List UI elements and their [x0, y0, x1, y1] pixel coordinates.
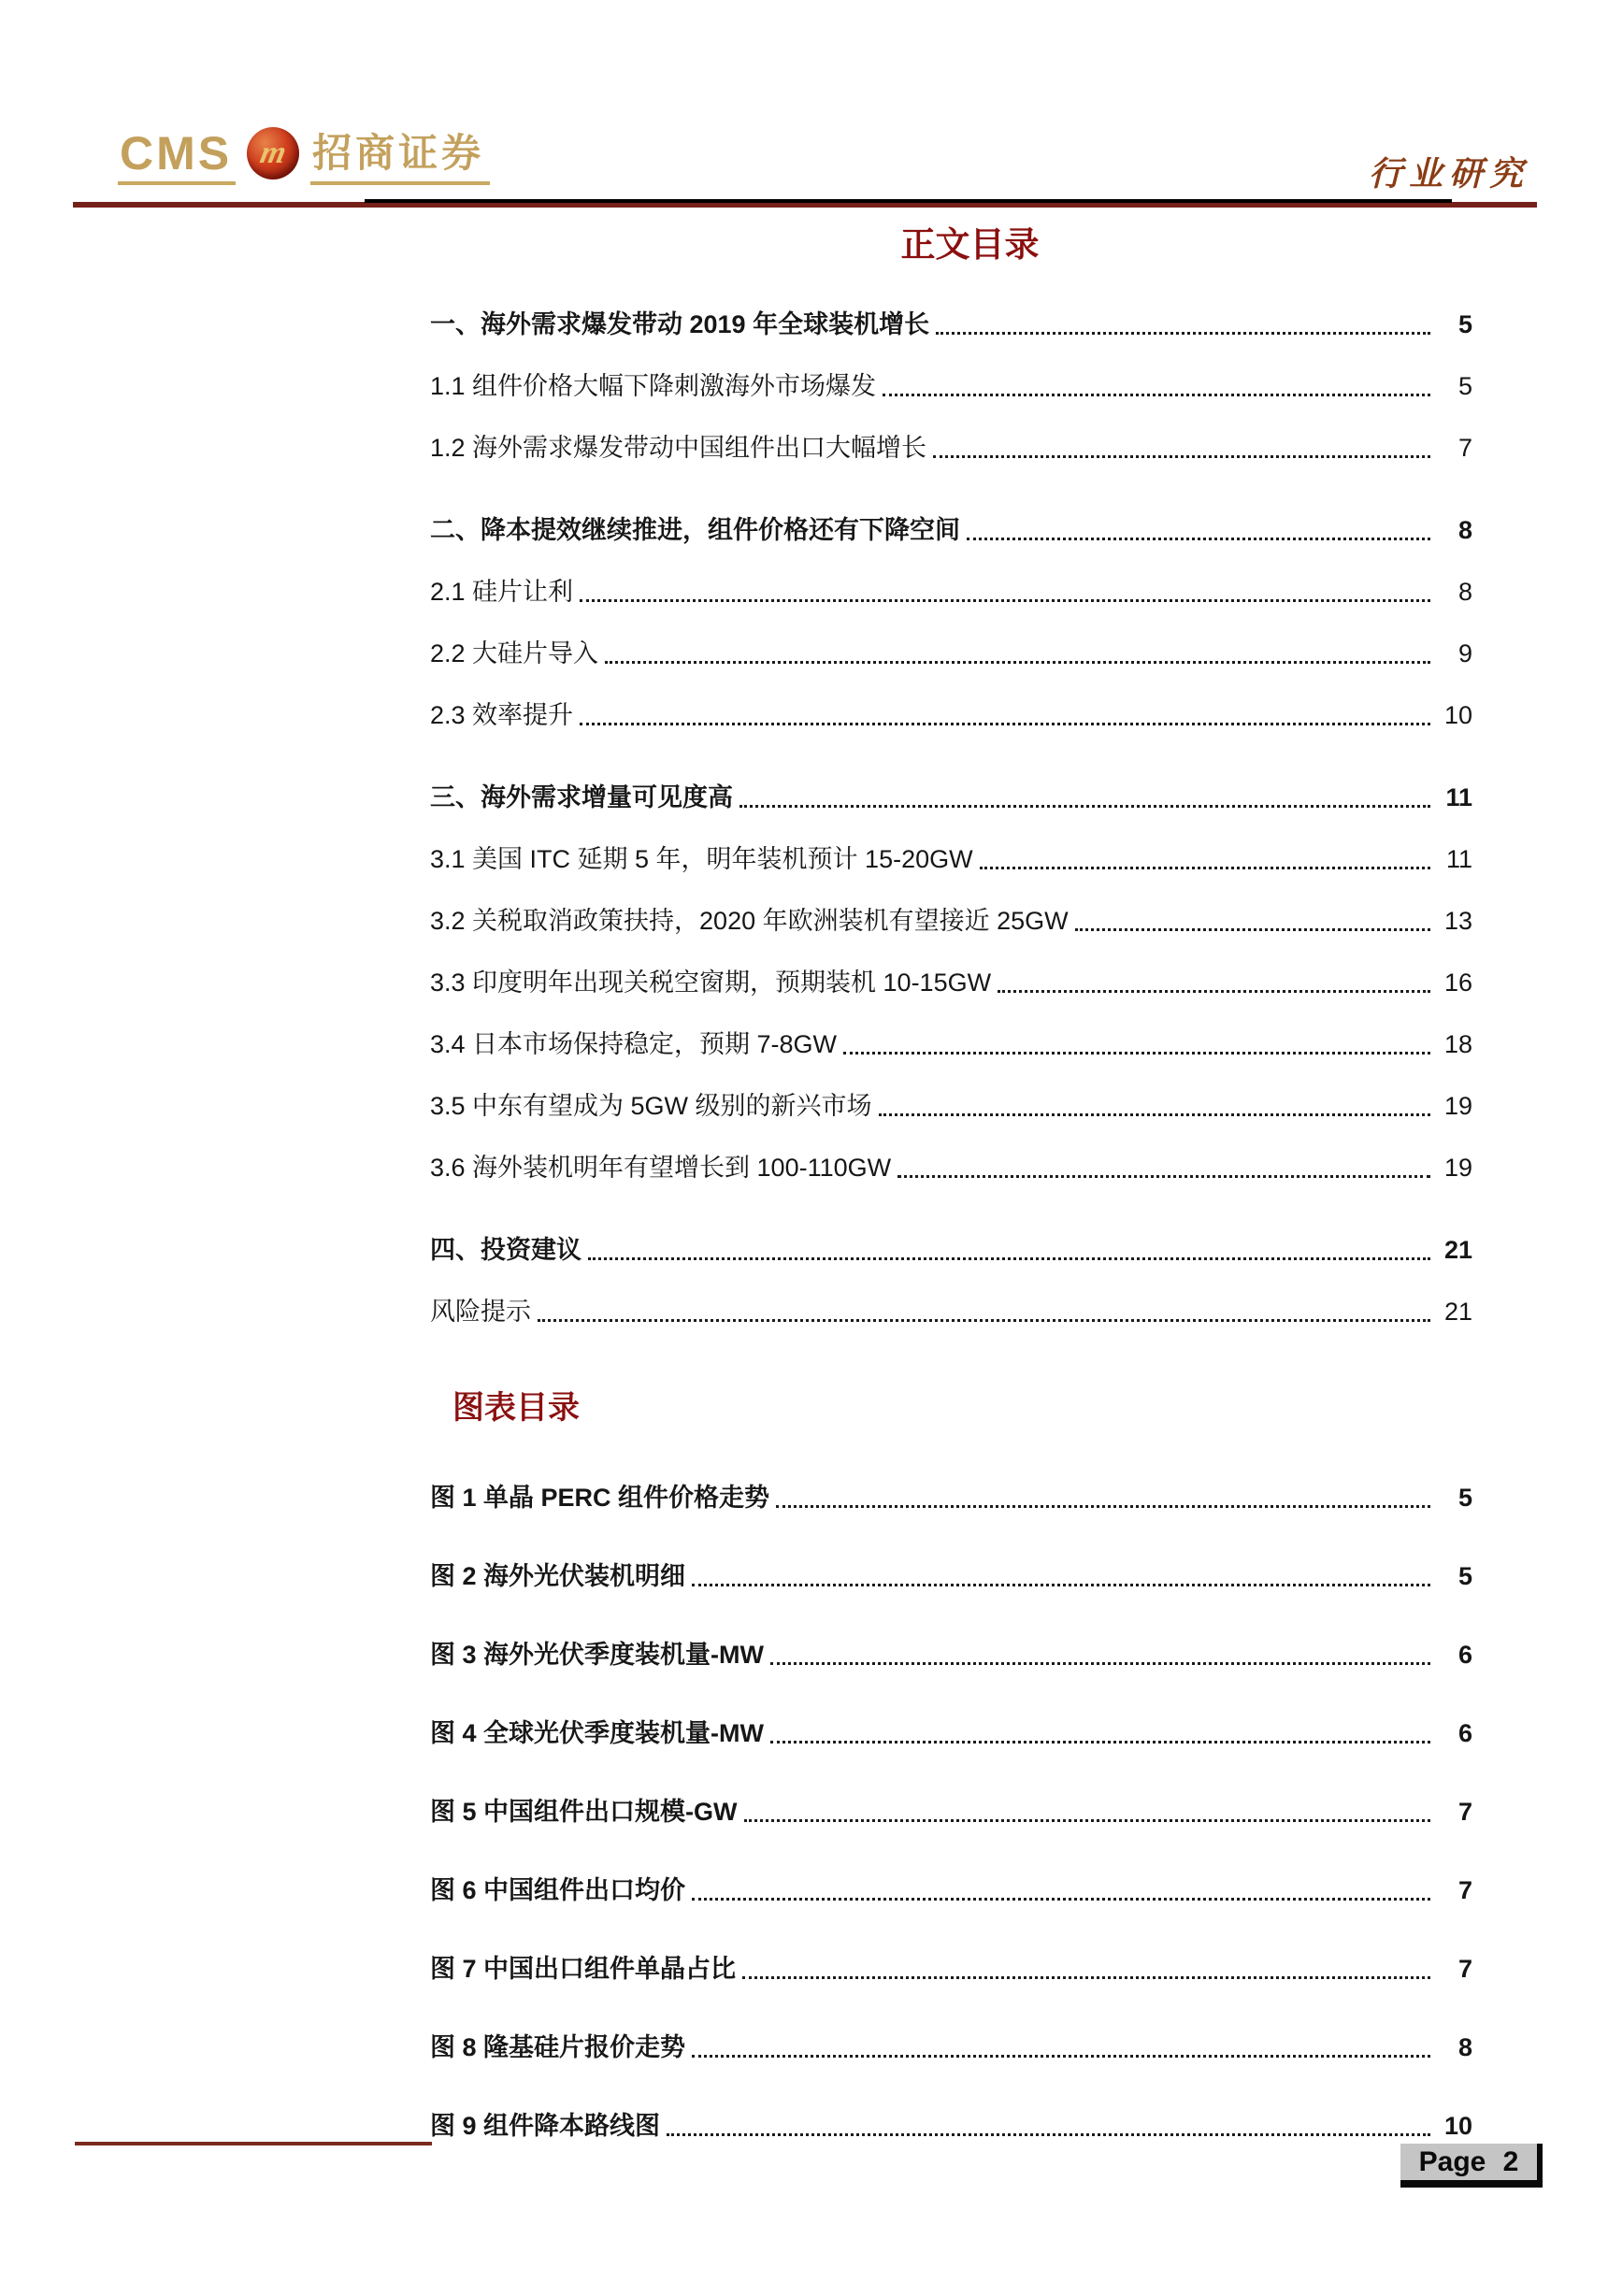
dot-leader — [883, 394, 1430, 396]
figure-entry[interactable]: 图 5 中国组件出口规模-GW 7 — [430, 1796, 1472, 1828]
figures-list: 图 1 单晶 PERC 组件价格走势 5 图 2 海外光伏装机明细 5 图 3 … — [430, 1482, 1472, 2142]
toc-entry-label: 3.3 印度明年出现关税空窗期，预期装机 10-15GW — [430, 967, 991, 998]
toc-entry-label: 1.2 海外需求爆发带动中国组件出口大幅增长 — [430, 432, 926, 464]
figure-entry-page: 10 — [1435, 2110, 1472, 2142]
dot-leader — [770, 1741, 1430, 1744]
toc-entry[interactable]: 四、投资建议 21 — [430, 1234, 1472, 1266]
toc-entry[interactable]: 1.2 海外需求爆发带动中国组件出口大幅增长 7 — [430, 432, 1472, 464]
dot-leader — [692, 1898, 1430, 1901]
cms-brand-text: 招商证券 — [310, 131, 490, 185]
toc-entry[interactable]: 2.2 大硅片导入 9 — [430, 638, 1472, 669]
dot-leader — [692, 2055, 1430, 2058]
dot-leader — [879, 1113, 1430, 1116]
dot-leader — [897, 1175, 1430, 1178]
footer-rule — [75, 2142, 432, 2145]
dot-leader — [580, 599, 1430, 602]
dot-leader — [580, 723, 1430, 725]
toc-entry-page: 8 — [1435, 576, 1472, 608]
figure-entry-page: 6 — [1435, 1639, 1472, 1671]
dot-leader — [744, 1819, 1431, 1822]
document-page: CMS m 招商证券 行业研究 正文目录 一、海外需求爆发带动 2019 年全球… — [0, 0, 1608, 2296]
figure-entry[interactable]: 图 7 中国出口组件单晶占比 7 — [430, 1953, 1472, 1985]
header-rule — [73, 202, 1537, 208]
toc-entry-label: 一、海外需求爆发带动 2019 年全球装机增长 — [430, 309, 929, 340]
figure-entry-page: 7 — [1435, 1874, 1472, 1906]
toc-entry[interactable]: 3.3 印度明年出现关税空窗期，预期装机 10-15GW 16 — [430, 967, 1472, 998]
toc-entry-label: 1.1 组件价格大幅下降刺激海外市场爆发 — [430, 370, 876, 402]
toc-entry-page: 19 — [1435, 1090, 1472, 1122]
page-number-label: Page 2 — [1419, 2146, 1519, 2178]
dot-leader — [980, 867, 1430, 869]
cms-logo: CMS m 招商证券 — [118, 127, 490, 185]
figure-entry-page: 7 — [1435, 1796, 1472, 1828]
toc-entry[interactable]: 三、海外需求增量可见度高 11 — [430, 782, 1472, 813]
figure-entry-label: 图 7 中国出口组件单晶占比 — [430, 1953, 736, 1985]
toc-entry-label: 2.2 大硅片导入 — [430, 638, 598, 669]
toc-entry[interactable]: 2.3 效率提升 10 — [430, 699, 1472, 731]
dot-leader — [843, 1052, 1430, 1055]
toc-entry-label: 四、投资建议 — [430, 1234, 581, 1266]
toc-entry[interactable]: 2.1 硅片让利 8 — [430, 576, 1472, 608]
toc-entry-label: 3.1 美国 ITC 延期 5 年，明年装机预计 15-20GW — [430, 843, 973, 875]
dot-leader — [605, 661, 1430, 664]
figure-entry-label: 图 1 单晶 PERC 组件价格走势 — [430, 1482, 769, 1514]
toc-entry-label: 2.3 效率提升 — [430, 699, 573, 731]
cms-logo-icon: m — [247, 127, 299, 179]
cms-logo-text: CMS — [118, 129, 236, 185]
figure-entry[interactable]: 图 1 单晶 PERC 组件价格走势 5 — [430, 1482, 1472, 1514]
figure-entry-label: 图 3 海外光伏季度装机量-MW — [430, 1639, 764, 1671]
toc-entry-label: 3.4 日本市场保持稳定，预期 7-8GW — [430, 1028, 837, 1060]
figure-entry-label: 图 8 隆基硅片报价走势 — [430, 2031, 685, 2063]
dot-leader — [998, 990, 1430, 993]
figure-entry-page: 6 — [1435, 1717, 1472, 1749]
toc-entry-page: 16 — [1435, 967, 1472, 998]
dot-leader — [692, 1584, 1430, 1586]
dot-leader — [770, 1662, 1430, 1665]
figures-title: 图表目录 — [452, 1387, 1472, 1428]
figure-entry-page: 8 — [1435, 2031, 1472, 2063]
dot-leader — [776, 1505, 1430, 1508]
dot-leader — [667, 2133, 1430, 2136]
figure-entry[interactable]: 图 6 中国组件出口均价 7 — [430, 1874, 1472, 1906]
toc-title: 正文目录 — [467, 224, 1472, 265]
dot-leader — [739, 805, 1430, 808]
toc-entry-page: 11 — [1435, 843, 1472, 875]
dot-leader — [588, 1257, 1430, 1260]
figure-entry[interactable]: 图 4 全球光伏季度装机量-MW 6 — [430, 1717, 1472, 1749]
toc-entry-page: 21 — [1435, 1234, 1472, 1266]
figure-entry-label: 图 5 中国组件出口规模-GW — [430, 1796, 738, 1828]
figure-entry[interactable]: 图 3 海外光伏季度装机量-MW 6 — [430, 1639, 1472, 1671]
toc-entry-label: 2.1 硅片让利 — [430, 576, 573, 608]
dot-leader — [742, 1976, 1430, 1979]
figure-entry-label: 图 6 中国组件出口均价 — [430, 1874, 685, 1906]
figure-entry-label: 图 9 组件降本路线图 — [430, 2110, 660, 2142]
toc-entry-page: 21 — [1435, 1296, 1472, 1327]
figure-entry-page: 5 — [1435, 1482, 1472, 1514]
toc-list: 一、海外需求爆发带动 2019 年全球装机增长 5 1.1 组件价格大幅下降刺激… — [430, 309, 1472, 1327]
dot-leader — [936, 332, 1430, 335]
toc-entry[interactable]: 3.5 中东有望成为 5GW 级别的新兴市场 19 — [430, 1090, 1472, 1122]
toc-entry-page: 5 — [1435, 370, 1472, 402]
figure-entry-page: 5 — [1435, 1560, 1472, 1592]
toc-entry-page: 5 — [1435, 309, 1472, 340]
figure-entry-page: 7 — [1435, 1953, 1472, 1985]
dot-leader — [967, 538, 1430, 540]
toc-entry-label: 三、海外需求增量可见度高 — [430, 782, 733, 813]
toc-entry[interactable]: 3.6 海外装机明年有望增长到 100-110GW 19 — [430, 1152, 1472, 1184]
toc-entry-page: 7 — [1435, 432, 1472, 464]
toc-entry-label: 3.5 中东有望成为 5GW 级别的新兴市场 — [430, 1090, 872, 1122]
dot-leader — [933, 455, 1430, 458]
toc-entry-page: 9 — [1435, 638, 1472, 669]
toc-entry[interactable]: 3.2 关税取消政策扶持，2020 年欧洲装机有望接近 25GW 13 — [430, 905, 1472, 937]
toc-entry[interactable]: 3.4 日本市场保持稳定，预期 7-8GW 18 — [430, 1028, 1472, 1060]
page-number-badge: Page 2 — [1400, 2144, 1543, 2188]
toc-entry-label: 二、降本提效继续推进，组件价格还有下降空间 — [430, 514, 960, 546]
figure-entry-label: 图 2 海外光伏装机明细 — [430, 1560, 685, 1592]
dot-leader — [538, 1319, 1430, 1322]
toc-column: 正文目录 一、海外需求爆发带动 2019 年全球装机增长 5 1.1 组件价格大… — [430, 224, 1472, 2142]
toc-entry-page: 18 — [1435, 1028, 1472, 1060]
toc-entry-label: 3.2 关税取消政策扶持，2020 年欧洲装机有望接近 25GW — [430, 905, 1069, 937]
toc-entry-page: 19 — [1435, 1152, 1472, 1184]
toc-entry[interactable]: 风险提示 21 — [430, 1296, 1472, 1327]
toc-entry[interactable]: 3.1 美国 ITC 延期 5 年，明年装机预计 15-20GW 11 — [430, 843, 1472, 875]
figure-entry-label: 图 4 全球光伏季度装机量-MW — [430, 1717, 764, 1749]
toc-entry[interactable]: 二、降本提效继续推进，组件价格还有下降空间 8 — [430, 514, 1472, 546]
cms-monogram-icon: m — [257, 137, 289, 169]
report-category-label: 行业研究 — [1369, 148, 1529, 195]
toc-entry[interactable]: 1.1 组件价格大幅下降刺激海外市场爆发 5 — [430, 370, 1472, 402]
figure-entry[interactable]: 图 2 海外光伏装机明细 5 — [430, 1560, 1472, 1592]
figure-entry[interactable]: 图 8 隆基硅片报价走势 8 — [430, 2031, 1472, 2063]
toc-entry-label: 3.6 海外装机明年有望增长到 100-110GW — [430, 1152, 891, 1184]
toc-entry-page: 8 — [1435, 514, 1472, 546]
toc-entry-page: 13 — [1435, 905, 1472, 937]
toc-entry-page: 10 — [1435, 699, 1472, 731]
toc-entry-page: 11 — [1435, 782, 1472, 813]
figure-entry[interactable]: 图 9 组件降本路线图 10 — [430, 2110, 1472, 2142]
toc-entry[interactable]: 一、海外需求爆发带动 2019 年全球装机增长 5 — [430, 309, 1472, 340]
toc-entry-label: 风险提示 — [430, 1296, 531, 1327]
dot-leader — [1075, 928, 1430, 931]
